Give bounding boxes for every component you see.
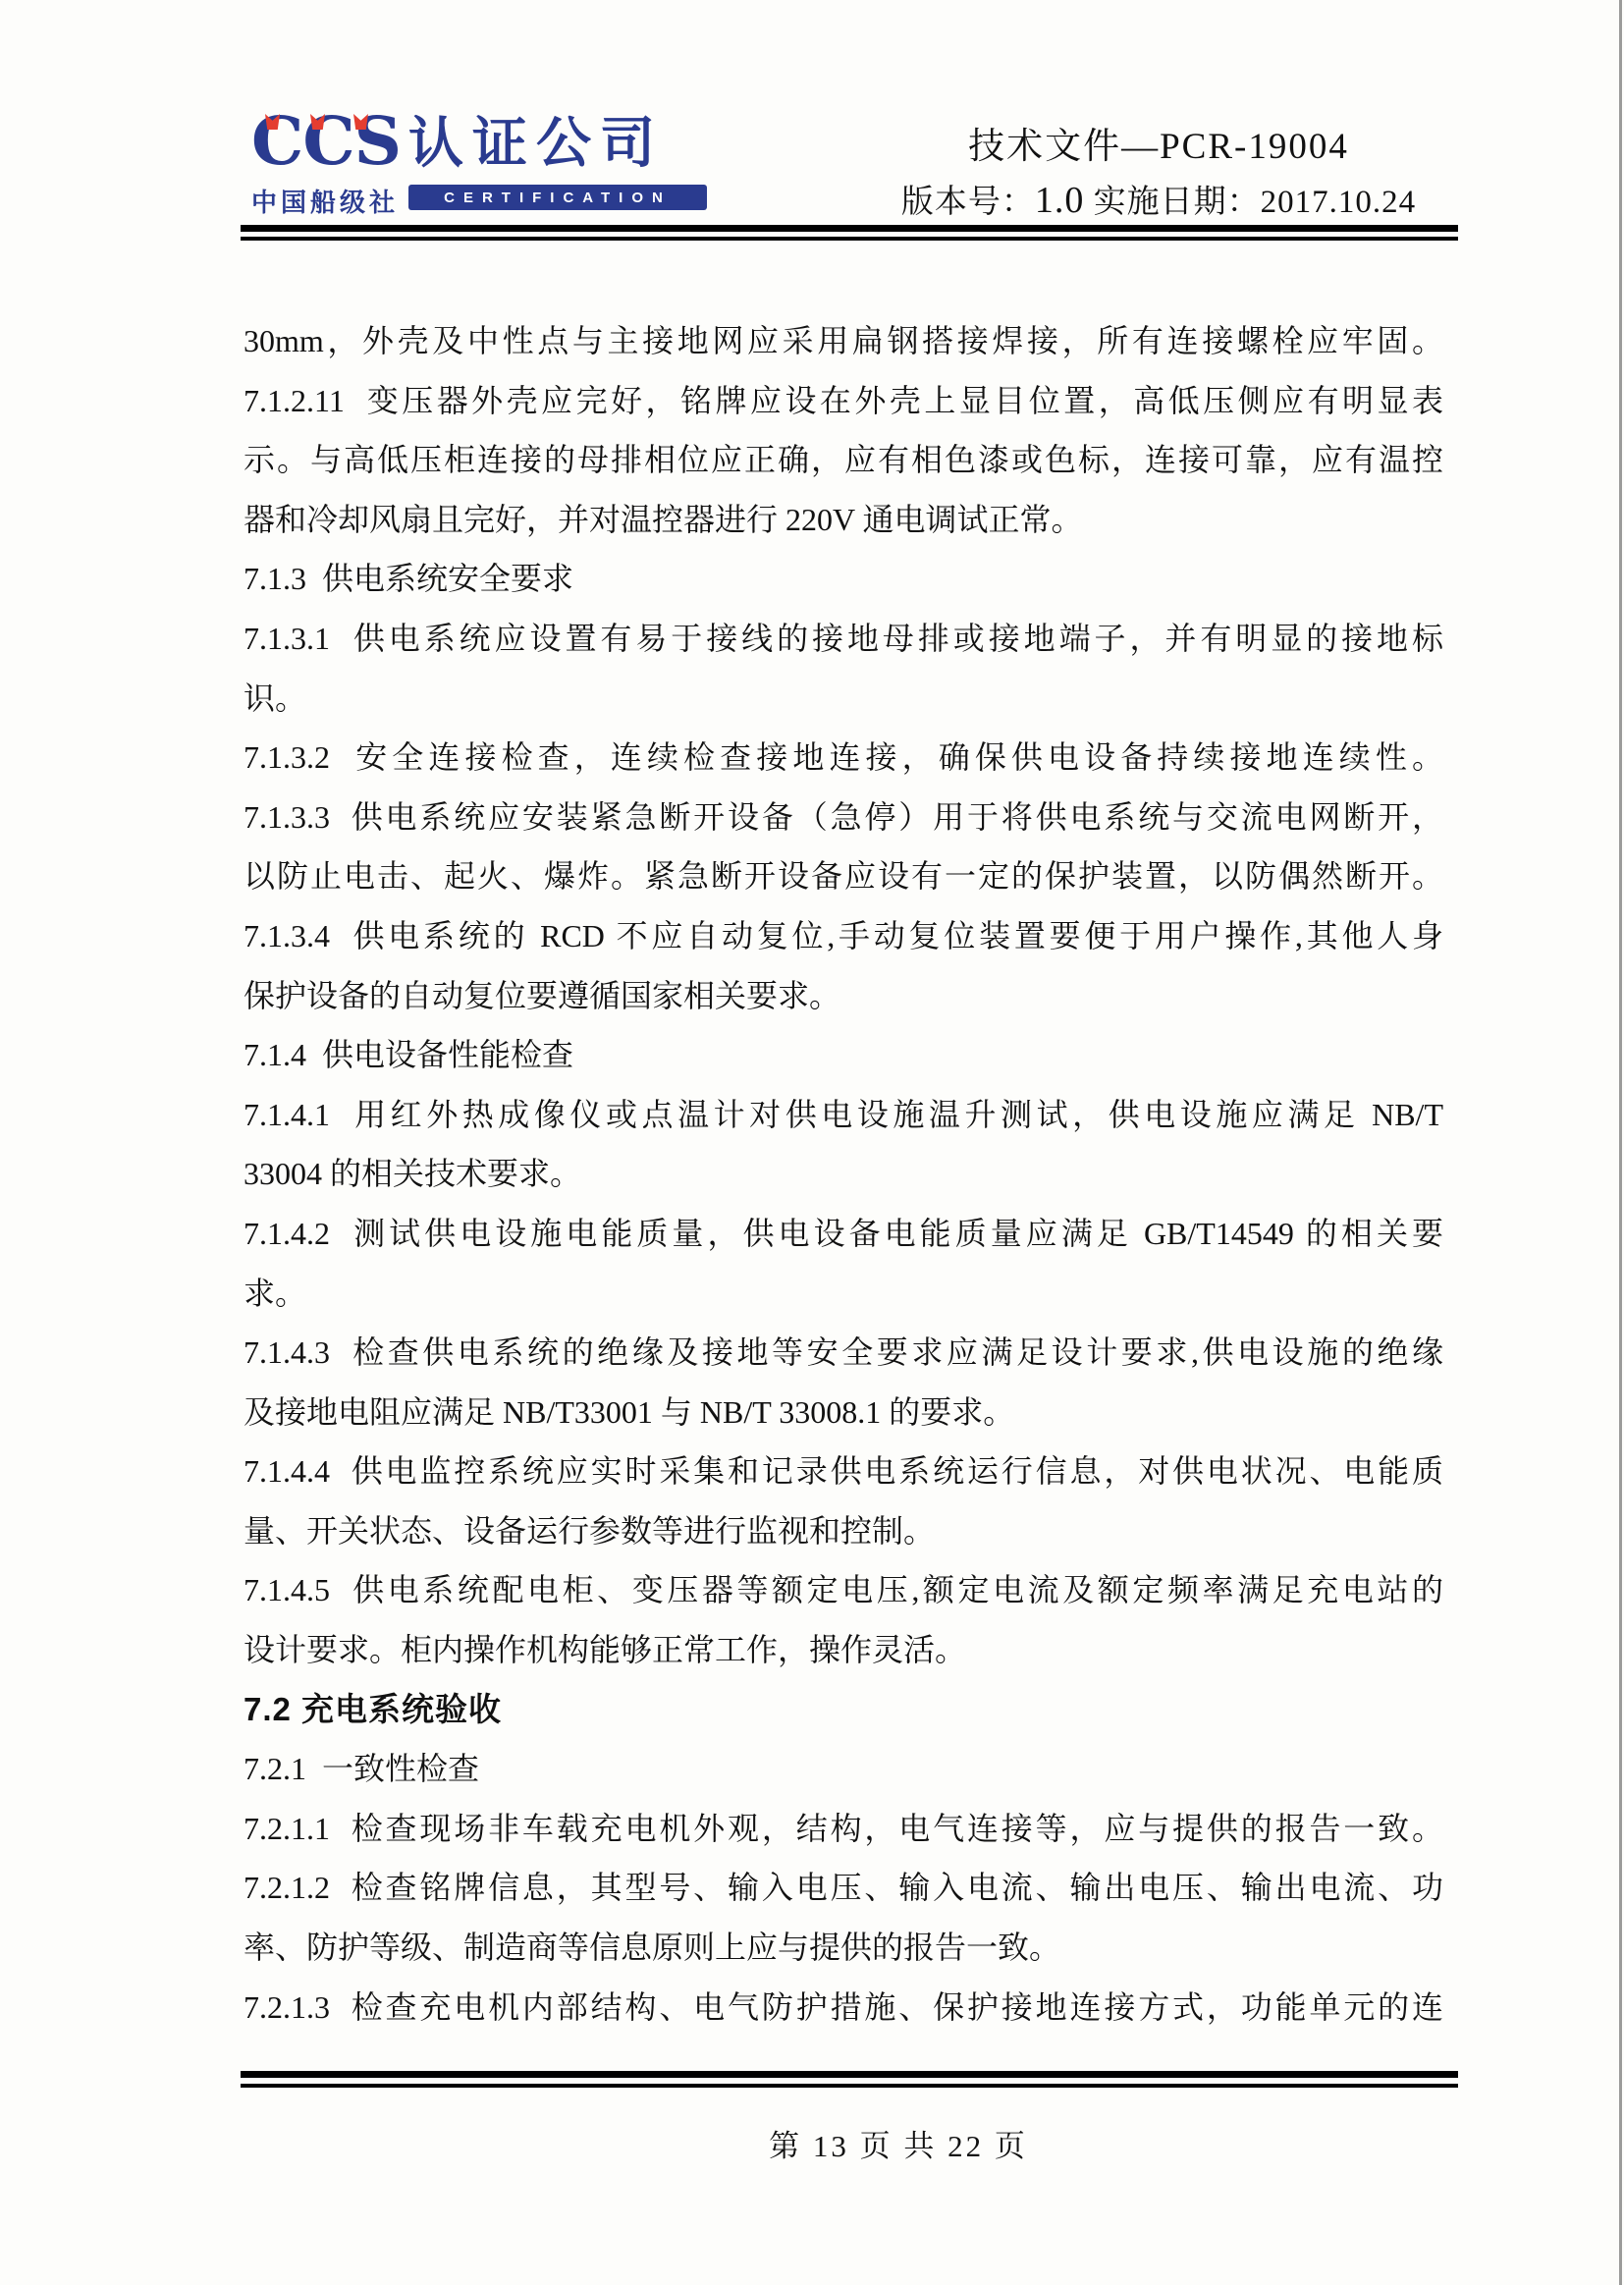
body-line: 率、防护等级、制造商等信息原则上应与提供的报告一致。	[244, 1918, 1443, 1978]
document-body: 30mm，外壳及中性点与主接地网应采用扁钢搭接焊接，所有连接螺栓应牢固。7.1.…	[244, 311, 1443, 2037]
body-line: 及接地电阻应满足 NB/T33001 与 NB/T 33008.1 的要求。	[244, 1383, 1443, 1442]
header-rule-thin	[241, 237, 1458, 241]
body-line: 7.1.4.3 检查供电系统的绝缘及接地等安全要求应满足设计要求,供电设施的绝缘	[244, 1323, 1443, 1383]
body-line: 保护设备的自动复位要遵循国家相关要求。	[244, 966, 1443, 1026]
ccs-logo: CCS 认证公司 中国船级社 CERTIFICATION	[251, 112, 723, 212]
ccs-logo-letters: CCS	[251, 106, 399, 177]
header-document-info: 技术文件—PCR-19004 版本号：1.0 实施日期：2017.10.24	[854, 126, 1463, 226]
body-line: 7.1.3.4 供电系统的 RCD 不应自动复位,手动复位装置要便于用户操作,其…	[244, 906, 1443, 966]
body-line: 以防止电击、起火、爆炸。紧急断开设备应设有一定的保护装置，以防偶然断开。	[244, 846, 1443, 906]
version-date-line: 版本号：1.0 实施日期：2017.10.24	[854, 177, 1463, 226]
body-line: 7.2.1.3 检查充电机内部结构、电气防护措施、保护接地连接方式，功能单元的连	[244, 1978, 1443, 2038]
document-number-title: 技术文件—PCR-19004	[854, 126, 1463, 169]
body-line: 识。	[244, 669, 1443, 729]
body-line: 器和冷却风扇且完好，并对温控器进行 220V 通电调试正常。	[244, 490, 1443, 550]
logo-certification-bar: CERTIFICATION	[408, 185, 707, 210]
body-line: 7.2.1.1 检查现场非车载充电机外观，结构，电气连接等，应与提供的报告一致。	[244, 1799, 1443, 1859]
version-value: 1.0	[1035, 180, 1085, 221]
version-label: 版本号：	[901, 185, 1035, 220]
body-line: 7.1.2.11 变压器外壳应完好，铭牌应设在外壳上显目位置，高低压侧应有明显表	[244, 371, 1443, 431]
logo-society-name: 中国船级社	[251, 183, 399, 219]
scan-right-edge	[1619, 0, 1622, 2285]
body-line: 7.2.1 一致性检查	[244, 1739, 1443, 1799]
header-rule-thick	[241, 225, 1458, 232]
body-line: 7.1.3.3 供电系统应安装紧急断开设备（急停）用于将供电系统与交流电网断开，	[244, 788, 1443, 847]
body-line: 7.1.3 供电系统安全要求	[244, 549, 1443, 609]
footer-rule-thin	[241, 2084, 1458, 2088]
body-line: 设计要求。柜内操作机构能够正常工作，操作灵活。	[244, 1620, 1443, 1680]
body-line: 7.1.4.4 供电监控系统应实时采集和记录供电系统运行信息，对供电状况、电能质	[244, 1442, 1443, 1501]
body-line: 7.2.1.2 检查铭牌信息，其型号、输入电压、输入电流、输出电压、输出电流、功	[244, 1858, 1443, 1918]
page-number: 第 13 页 共 22 页	[290, 2121, 1507, 2165]
body-line: 7.1.3.1 供电系统应设置有易于接线的接地母排或接地端子，并有明显的接地标	[244, 609, 1443, 669]
body-line: 求。	[244, 1264, 1443, 1324]
ccs-logo-text: CCS	[251, 102, 401, 180]
body-line: 7.1.4.1 用红外热成像仪或点温计对供电设施温升测试，供电设施应满足 NB/…	[244, 1085, 1443, 1145]
logo-company-name: 认证公司	[408, 112, 664, 175]
body-line: 7.1.3.2 安全连接检查，连续检查接地连接，确保供电设备持续接地连续性。	[244, 728, 1443, 788]
date-value: 2017.10.24	[1261, 185, 1417, 220]
body-line: 7.1.4.5 供电系统配电柜、变压器等额定电压,额定电流及额定频率满足充电站的	[244, 1560, 1443, 1620]
body-line: 量、开关状态、设备运行参数等进行监视和控制。	[244, 1501, 1443, 1561]
body-line: 7.2 充电系统验收	[244, 1680, 1443, 1740]
body-line: 7.1.4 供电设备性能检查	[244, 1025, 1443, 1085]
footer-rule-thick	[241, 2071, 1458, 2078]
body-line: 33004 的相关技术要求。	[244, 1144, 1443, 1204]
body-line: 30mm，外壳及中性点与主接地网应采用扁钢搭接焊接，所有连接螺栓应牢固。	[244, 311, 1443, 371]
date-label: 实施日期：	[1084, 185, 1260, 220]
body-line: 示。与高低压柜连接的母排相位应正确，应有相色漆或色标，连接可靠，应有温控	[244, 430, 1443, 490]
body-line: 7.1.4.2 测试供电设施电能质量，供电设备电能质量应满足 GB/T14549…	[244, 1204, 1443, 1264]
